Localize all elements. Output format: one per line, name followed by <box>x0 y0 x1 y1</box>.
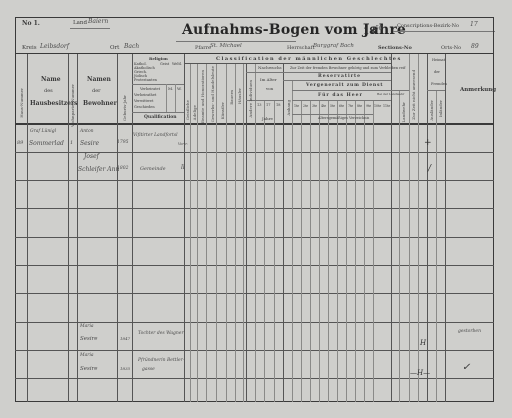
resident-first: Maria <box>80 353 94 358</box>
col-rule <box>346 100 347 402</box>
col-rule <box>255 63 256 402</box>
resident-last: Sesire <box>80 140 99 147</box>
qualification-marker: ll <box>181 164 185 171</box>
tally-mark: H <box>420 339 426 347</box>
im-alter-label: Im Alter <box>260 77 277 82</box>
header-rule <box>132 112 184 113</box>
remark: gestorben <box>458 329 481 334</box>
header-rule <box>132 84 184 85</box>
fremde-header: Zur Zeit der fremden Bewohner gehörig un… <box>290 66 405 70</box>
owner-header-2: des <box>44 88 53 94</box>
col-rule <box>355 100 356 402</box>
house-number: 89 <box>17 140 23 146</box>
resident-last: Sesire <box>80 336 98 342</box>
col-rule <box>274 100 275 402</box>
religion-row: Protestanten <box>134 78 157 82</box>
class-subcol: Beamte und Honoratioren <box>200 70 205 123</box>
col-rule <box>292 80 293 402</box>
heer-col: 7te <box>348 104 353 108</box>
col-rule <box>226 63 227 402</box>
header-rule <box>427 90 445 91</box>
resident-first: Maria <box>80 324 94 329</box>
col-rule <box>310 100 311 402</box>
col-rule <box>337 100 338 402</box>
owner-name-line2: Sommerlad <box>29 140 64 147</box>
heer-col: 1te <box>294 104 299 108</box>
col-rule <box>235 63 236 402</box>
heer-col: 10te <box>374 104 381 108</box>
header-rule <box>292 100 391 101</box>
heer-col: 8te <box>357 104 362 108</box>
stand-header: Verheiratet <box>140 87 160 91</box>
stand-row: Verwittwet <box>134 99 153 103</box>
heer-col: 5te <box>330 104 335 108</box>
landwehr-header: Bei der Landwehr <box>377 92 404 96</box>
heer-col: 11te <box>383 104 390 108</box>
col-rule <box>132 54 133 402</box>
nicht-anwesend-header: Zur Zeit nicht anwesend <box>411 70 416 120</box>
heimath-header: der <box>434 70 440 74</box>
heimath-col: Inländer <box>438 100 443 117</box>
col-rule <box>418 54 419 402</box>
col-rule <box>216 63 217 402</box>
alter-col: 17 <box>266 103 270 107</box>
header-rule <box>184 63 391 64</box>
tally-mark: —H— <box>410 369 430 377</box>
header-rule <box>283 72 391 73</box>
birth-year: 1847 <box>120 336 130 341</box>
heimath-col: Ausländer <box>429 100 434 121</box>
heer-col: 9te <box>366 104 371 108</box>
col-rule <box>399 90 400 402</box>
religion-col: Weltl. <box>172 62 182 66</box>
qualification-marker: Vortr. <box>178 142 188 146</box>
resident-header-3: Bewohner <box>83 100 117 107</box>
col-rule <box>436 90 437 402</box>
birth-year: 1835 <box>120 366 130 371</box>
col-rule <box>243 63 244 402</box>
classification-header: Classification der männlichen Geschlecht… <box>216 56 402 62</box>
religion-col: Geist <box>160 62 169 66</box>
heimath-header: Heimat <box>432 58 445 62</box>
class-subcol: Geistliche <box>185 100 190 120</box>
qualification-line2: gasse <box>142 367 155 372</box>
header-rule <box>246 72 283 73</box>
class-subcol: Bauern <box>229 90 234 105</box>
col-rule <box>328 100 329 402</box>
resident-first: Anton <box>80 129 94 134</box>
header-rule <box>292 114 373 115</box>
qualification: Pfründnerin Bettler- <box>138 358 184 363</box>
heer-col: 4te <box>321 104 326 108</box>
col-rule <box>246 63 247 402</box>
von-label: von <box>266 86 273 91</box>
resident-header-2: der <box>92 88 101 94</box>
haus-nummer-header: Haus-Nummer <box>19 88 24 118</box>
vergeneralt-header: Vergeneralt zum Dienst <box>306 83 383 88</box>
resident-first: Josef <box>84 153 99 160</box>
religion-header: Religion <box>149 56 168 61</box>
class-subcol: Adelige <box>192 105 197 120</box>
tally-mark: / <box>428 164 431 174</box>
class-subcol: Andere Individuen <box>248 80 253 118</box>
col-rule <box>264 100 265 402</box>
col-rule <box>409 54 410 402</box>
resident-last: Schleifer Ann <box>78 166 119 173</box>
heimath-header: Fremden <box>431 82 447 86</box>
nachwuchs-header: Nachwuchs <box>258 65 282 70</box>
resident-header-1: Namen <box>87 76 111 83</box>
qualification: Vifitirter Landfortsl <box>133 133 178 138</box>
header-rule <box>292 90 409 91</box>
anhang-header: Anhang <box>286 100 291 116</box>
birth-year: 1795 <box>117 140 128 145</box>
anmerkung-header: Anmerkung <box>460 87 496 93</box>
census-sheet: No 1. Land Baiern Aufnahms-Bogen vom Jah… <box>0 0 512 418</box>
col-rule <box>373 100 374 402</box>
owner-header-1: Name <box>41 76 61 83</box>
col-rule <box>427 54 428 402</box>
col-rule <box>206 63 207 402</box>
col-rule <box>445 54 446 402</box>
stand-row: Geschieden <box>134 105 155 109</box>
heer-col: 3te <box>312 104 317 108</box>
owner-name-line1: Graf Lünigl <box>30 129 56 134</box>
class-subcol: Gewerbs- und Handelsleute <box>210 66 215 122</box>
jahre-label: Jahre <box>262 116 273 121</box>
reservatirt-header: Reservatirte <box>318 74 361 79</box>
col-rule <box>190 63 191 402</box>
landwehr-col: Landwehr <box>401 102 406 122</box>
col-rule <box>166 84 167 112</box>
col-rule <box>175 84 176 112</box>
col-rule <box>301 100 302 402</box>
fuer-heer-header: Für das Heer <box>318 93 363 98</box>
col-rule <box>391 54 392 402</box>
birth-year: 1802 <box>117 166 128 171</box>
wohnpartei-header: Wohnpartei-Nummer <box>70 84 75 127</box>
col-rule <box>283 63 284 402</box>
party-number: 1 <box>70 140 73 146</box>
class-subcol: Künstler <box>220 102 225 119</box>
col-rule <box>117 54 118 402</box>
stand-row: Verheirathet <box>134 93 156 97</box>
col-rule <box>197 63 198 402</box>
col-rule <box>364 100 365 402</box>
checkmark-icon: ✓ <box>462 362 470 373</box>
altersgemaess-label: Altersgemäßiges Verzeichnis <box>318 116 369 120</box>
qualification-header: Qualification <box>144 115 177 120</box>
geburtsjahr-header: Geburts-Jahr <box>122 95 127 121</box>
alter-col: 18 <box>276 103 280 107</box>
tally-mark: + <box>424 138 432 148</box>
header-frame <box>15 17 494 54</box>
qualification: Tochter des Wagner <box>138 331 184 336</box>
col-rule <box>27 54 28 402</box>
stand-col: M. <box>168 86 173 91</box>
resident-last: Sesire <box>80 366 98 372</box>
heer-col: 2te <box>303 104 308 108</box>
heer-col: 6te <box>339 104 344 108</box>
alter-col: 13 <box>257 103 261 107</box>
stand-col: W. <box>177 86 182 91</box>
class-subcol: Häusler <box>237 88 242 104</box>
col-rule <box>319 100 320 402</box>
qualification: Gemeinde <box>140 166 166 172</box>
header-rule <box>283 80 391 81</box>
